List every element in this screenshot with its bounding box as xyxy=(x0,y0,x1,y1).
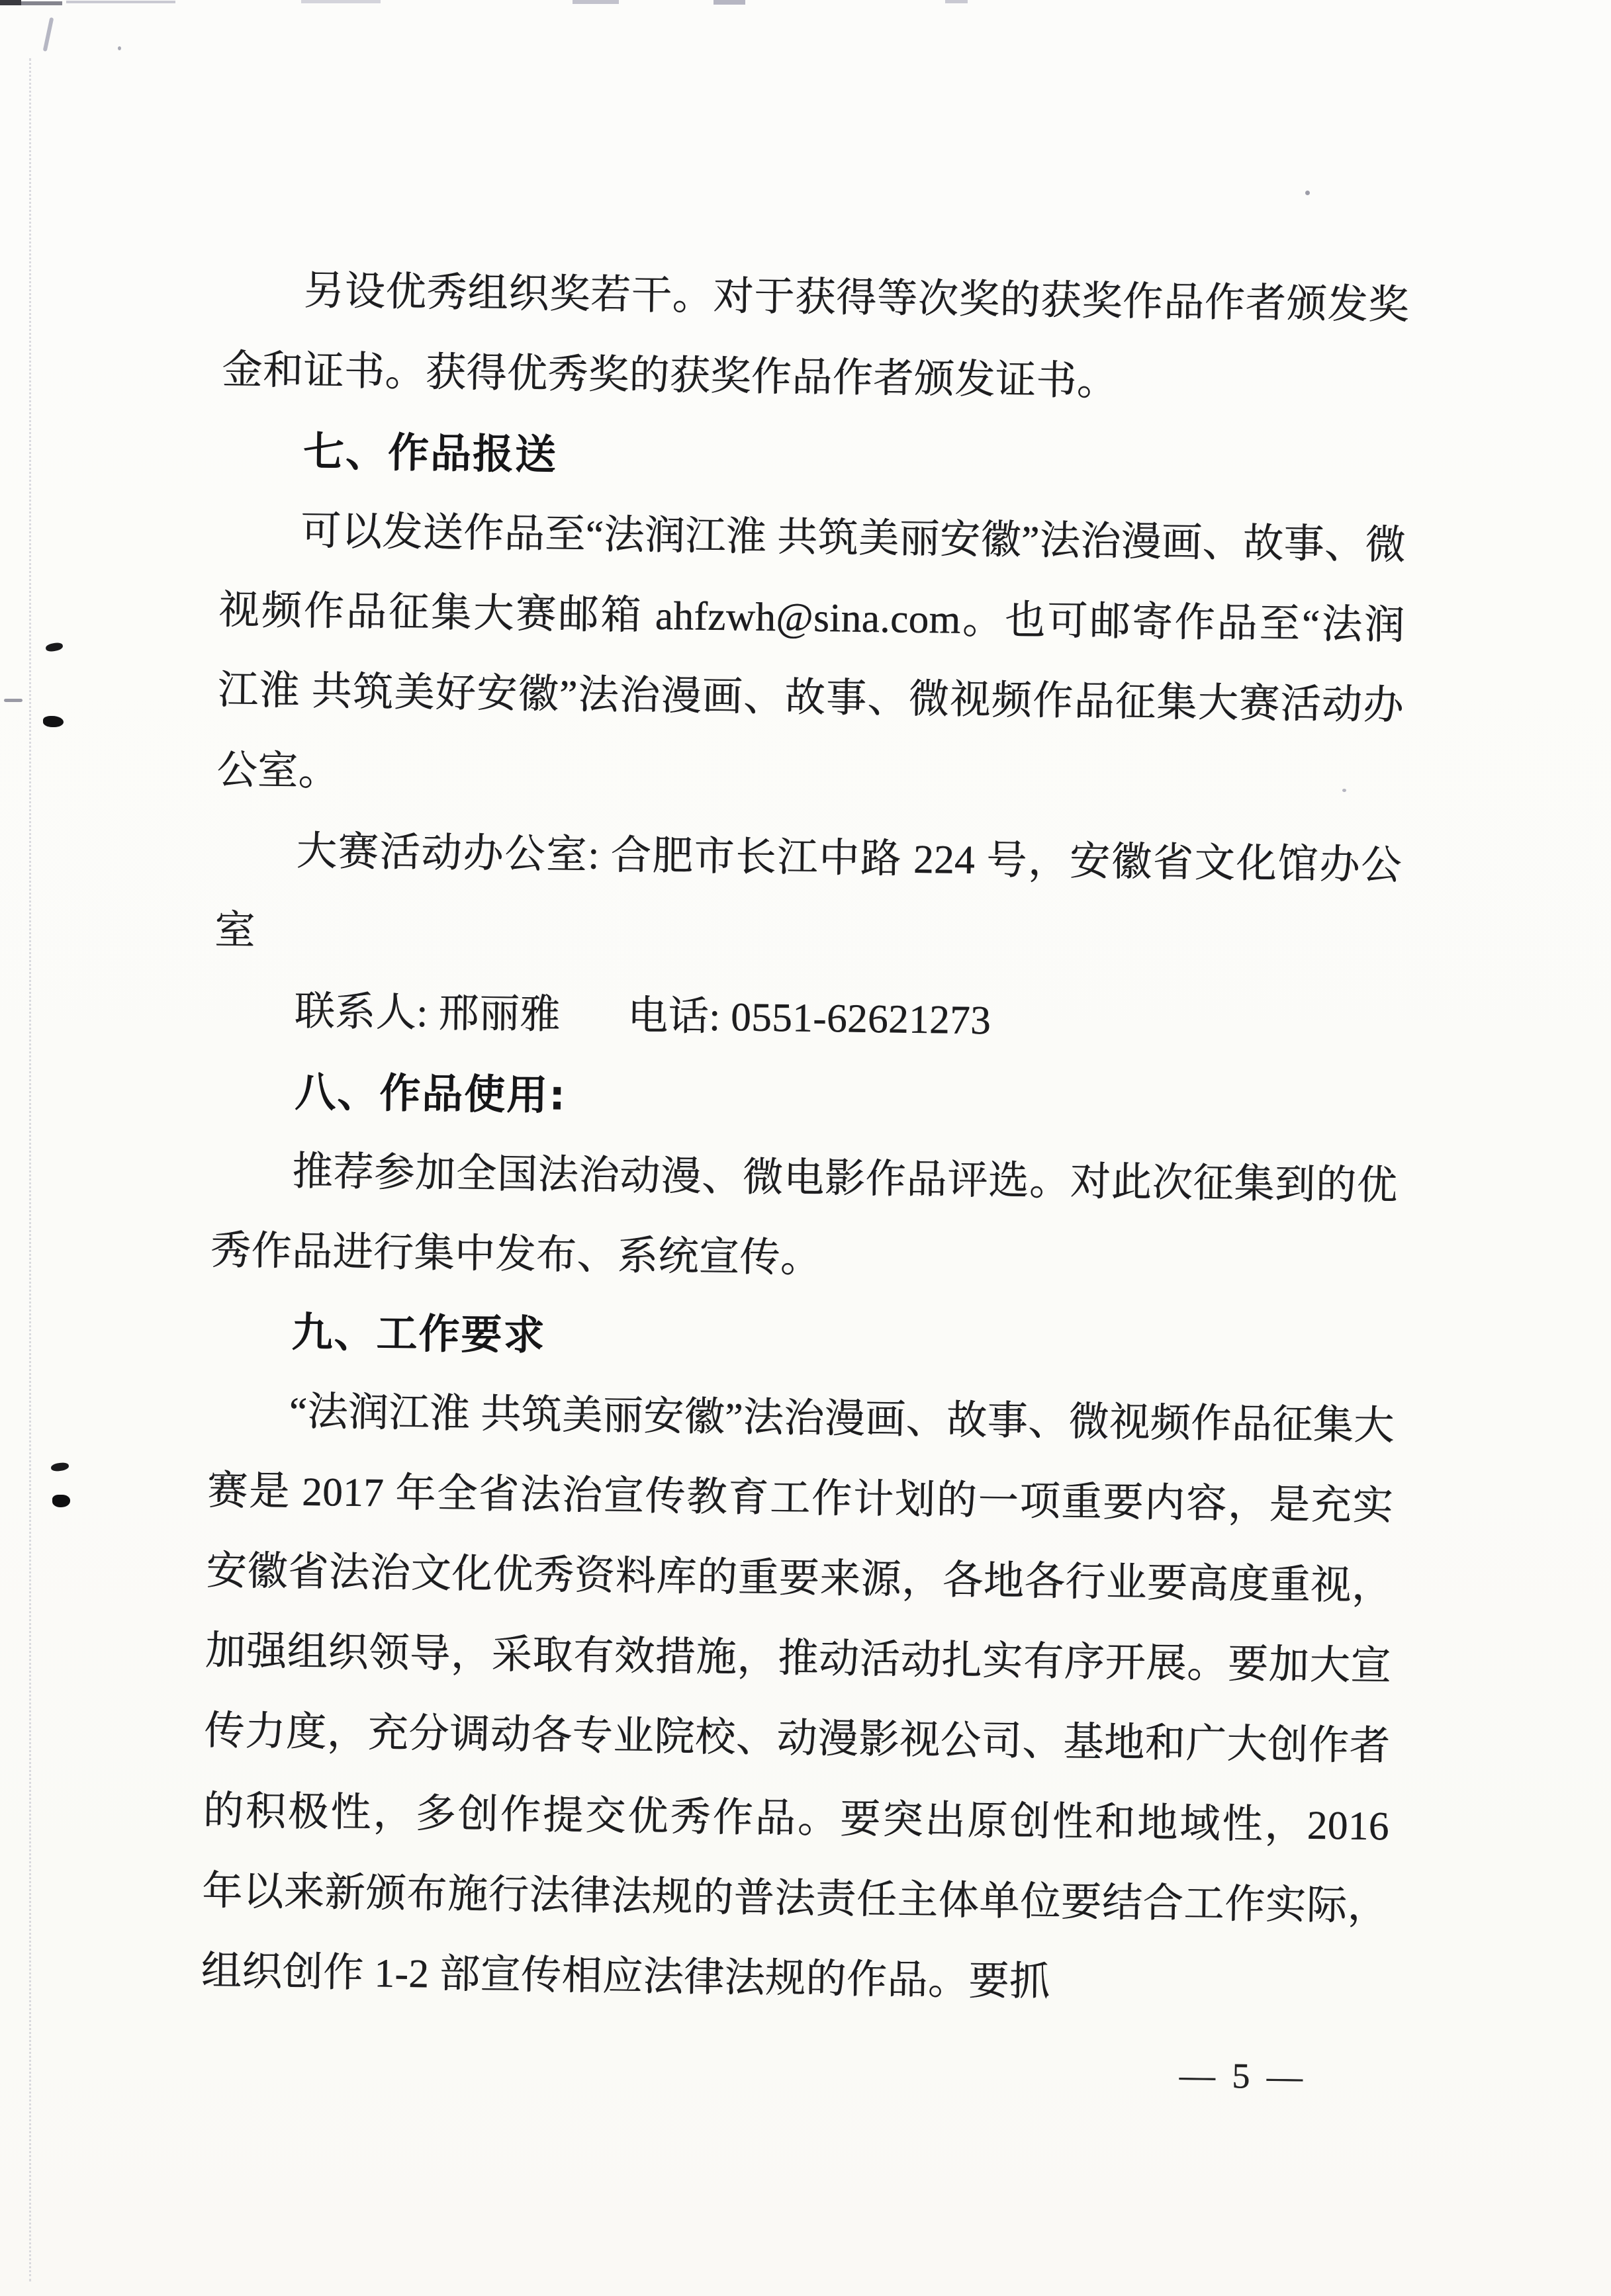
heading-section-7-submission: 七、作品报送 xyxy=(220,410,1407,506)
paragraph-submission: 可以发送作品至“法润江淮 共筑美丽安徽”法治漫画、故事、微视频作品征集大赛邮箱 … xyxy=(216,490,1406,826)
scan-speck xyxy=(118,46,121,50)
contact-line: 联系人: 邢丽雅 电话: 0551-62621273 xyxy=(213,971,1400,1066)
scan-edge-mark xyxy=(713,0,745,5)
scan-speck xyxy=(1305,191,1310,195)
contact-phone: 电话: 0551-62621273 xyxy=(627,994,991,1043)
contact-person: 联系人: 邢丽雅 xyxy=(295,990,561,1038)
scan-edge-mark xyxy=(573,0,619,4)
page-number: — 5 — xyxy=(199,2026,1386,2114)
heading-section-8-usage: 八、作品使用: xyxy=(212,1051,1399,1146)
scan-edge-mark xyxy=(301,0,381,3)
pen-stroke-mark xyxy=(43,17,54,52)
scan-dash-mark xyxy=(4,699,23,702)
scan-edge-mark xyxy=(21,1,62,5)
paragraph-work-requirements: “法润江淮 共筑美丽安徽”法治漫画、故事、微视频作品征集大赛是 2017 年全省… xyxy=(201,1371,1395,2027)
ink-blot xyxy=(43,716,64,727)
scan-edge-mark xyxy=(945,0,968,3)
scanned-page: 另设优秀组织奖若干。对于获得等次奖的获奖作品作者颁发奖金和证书。获得优秀奖的获奖… xyxy=(0,0,1611,2296)
ink-blot xyxy=(45,642,64,652)
left-margin-scan-line xyxy=(29,58,31,2281)
document-body: 另设优秀组织奖若干。对于获得等次奖的获奖作品作者颁发奖金和证书。获得优秀奖的获奖… xyxy=(199,250,1409,2114)
scan-edge-mark xyxy=(0,0,21,5)
ink-blot xyxy=(52,1495,70,1507)
paragraph-awards: 另设优秀组织奖若干。对于获得等次奖的获奖作品作者颁发奖金和证书。获得优秀奖的获奖… xyxy=(222,250,1410,425)
heading-section-9-requirements: 九、工作要求 xyxy=(209,1291,1396,1386)
ink-blot xyxy=(50,1462,69,1472)
paragraph-usage: 推荐参加全国法治动漫、微电影作品评选。对此次征集到的优秀作品进行集中发布、系统宣… xyxy=(210,1131,1398,1306)
scan-edge-mark xyxy=(66,1,175,3)
paragraph-office-address: 大赛活动办公室: 合肥市长江中路 224 号，安徽省文化馆办公室 xyxy=(214,811,1403,986)
